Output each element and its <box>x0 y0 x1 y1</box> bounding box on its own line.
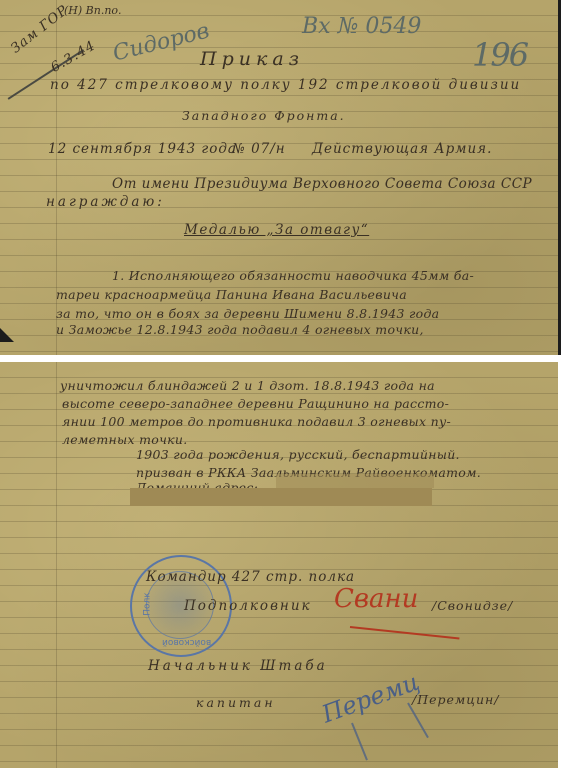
citation-line: тареи красноармейца Панина Ивана Василье… <box>56 287 407 302</box>
citation-line: янии 100 метров до противника подавил 3 … <box>62 414 451 429</box>
commander-signature: Свани <box>334 584 418 614</box>
preamble-line-2: награждаю: <box>46 194 165 210</box>
order-location: Действующая Армия. <box>312 141 492 157</box>
chief-signature-stroke <box>407 703 429 739</box>
chief-of-staff-name: /Перемцин/ <box>412 692 500 707</box>
folio-number: 196 <box>472 36 527 74</box>
order-heading-line-2: Западного Фронта. <box>182 108 346 123</box>
approval-note: Зам ГОР <box>8 2 71 57</box>
order-number: № 07/н <box>232 141 286 157</box>
incoming-number: Вх № 0549 <box>302 14 421 39</box>
clerk-signature: Сидоров <box>110 18 211 66</box>
commander-rank: Подполковник <box>184 598 312 614</box>
citation-line: 1. Исполняющего обязанности наводчика 45… <box>112 268 474 283</box>
document-page-1: (Н) Вп.по. Зам ГОР 6.3.44 Сидоров Вх № 0… <box>0 0 561 355</box>
redacted-address-line-1 <box>276 474 434 488</box>
order-date: 12 сентября 1943 года <box>48 141 237 157</box>
chief-of-staff-rank: капитан <box>196 695 276 710</box>
order-title: Приказ <box>200 48 304 70</box>
chief-of-staff-title: Начальник Штаба <box>148 658 328 674</box>
commander-name: /Свонидзе/ <box>432 598 513 613</box>
stamp-text-top: Полк <box>143 592 153 615</box>
scan-corner-shadow <box>0 328 14 342</box>
bio-line: 1903 года рождения, русский, беспартийны… <box>136 447 460 462</box>
citation-line: уничтожил блиндажей 2 и 1 дзот. 18.8.194… <box>60 378 435 393</box>
commander-signature-flourish <box>350 626 460 639</box>
commander-title: Командир 427 стр. полка <box>146 569 355 585</box>
citation-line: леметных точки. <box>62 432 188 447</box>
citation-line: за то, что он в боях за деревни Шимени 8… <box>56 306 439 321</box>
citation-line: высоте северо-западнее деревни Ращинино … <box>62 396 449 411</box>
order-heading-line-1: по 427 стрелковому полку 192 стрелковой … <box>50 77 521 93</box>
award-name: Медалью „За отвагу“ <box>184 222 369 238</box>
preamble-line-1: От имени Президиума Верховного Совета Со… <box>112 176 532 192</box>
chief-signature-stroke <box>351 723 368 761</box>
stamp-text-bottom: войсковой <box>162 637 211 647</box>
page-separator <box>0 355 564 362</box>
citation-line: и Заможье 12.8.1943 года подавил 4 огнев… <box>56 322 424 337</box>
archive-mark: (Н) Вп.по. <box>64 4 122 17</box>
document-page-2: уничтожил блиндажей 2 и 1 дзот. 18.8.194… <box>0 362 558 768</box>
redacted-address-line-2 <box>130 488 432 506</box>
chief-of-staff-signature: Перемц <box>318 668 423 729</box>
margin-rule <box>56 362 57 768</box>
